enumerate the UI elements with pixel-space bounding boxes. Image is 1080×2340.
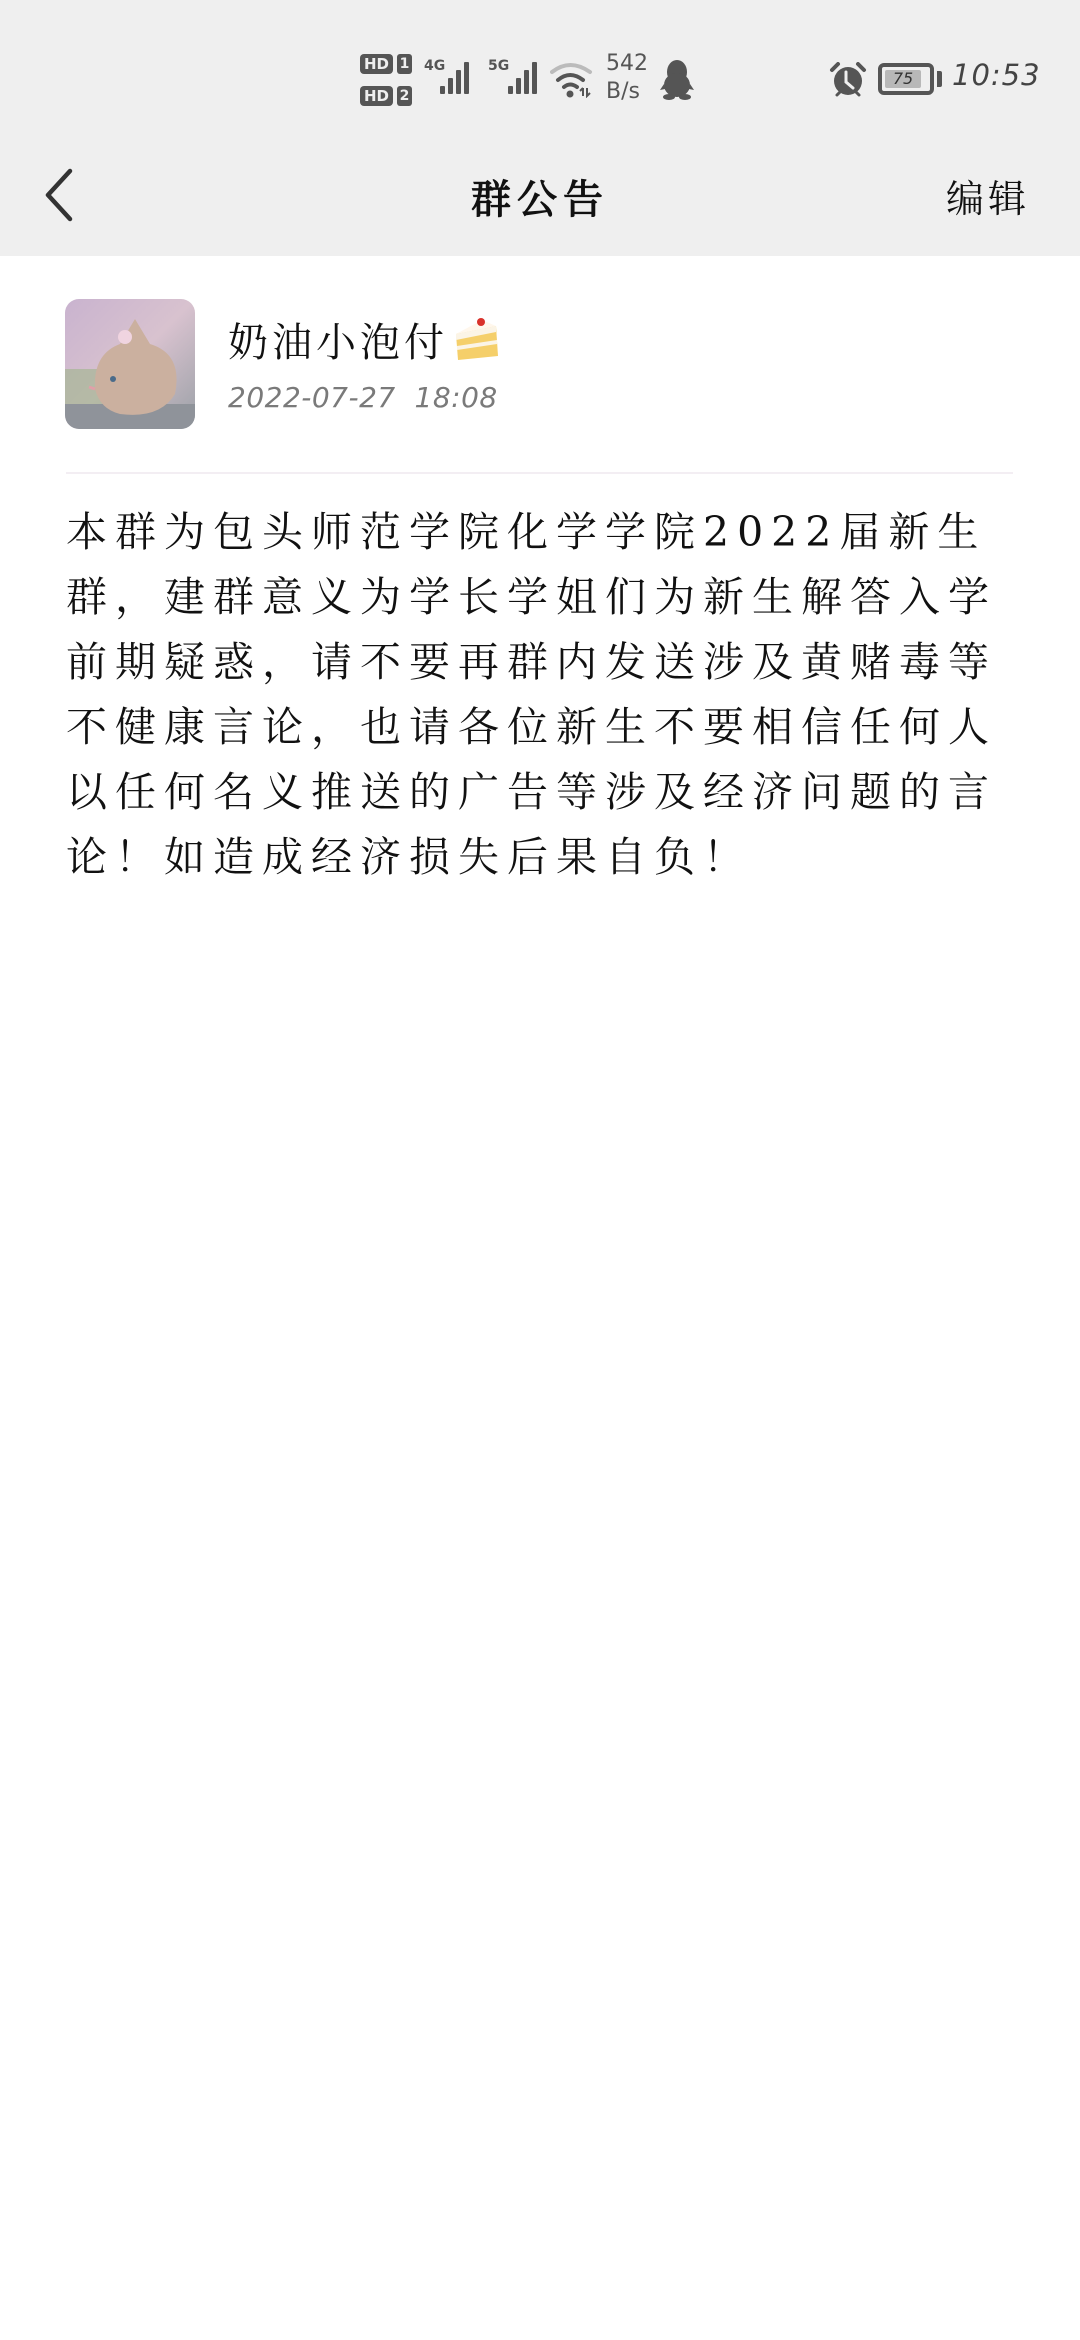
clock: 10:53 bbox=[952, 58, 1041, 92]
avatar[interactable] bbox=[65, 299, 195, 429]
sim1-number: 1 bbox=[397, 54, 412, 74]
author-name: 奶油小泡付 bbox=[228, 311, 502, 368]
sim-indicators: HD 1 HD 2 bbox=[360, 50, 414, 110]
wifi-icon bbox=[550, 60, 594, 98]
nav-bar: 群公告 编辑 bbox=[0, 140, 1080, 256]
page-title: 群公告 bbox=[0, 168, 1080, 225]
divider bbox=[66, 472, 1013, 474]
hd-icon: HD bbox=[360, 54, 393, 74]
hd-icon: HD bbox=[360, 86, 393, 106]
status-bar: HD 1 HD 2 4G 5G 542 B/s bbox=[0, 0, 1080, 140]
battery-icon: 75 bbox=[878, 63, 934, 95]
signal-4g-icon: 4G bbox=[424, 58, 484, 98]
signal-5g-icon: 5G bbox=[488, 58, 548, 98]
battery-level: 75 bbox=[885, 70, 921, 88]
announcement-author: 奶油小泡付 2022-07-27 18:08 bbox=[65, 299, 1015, 429]
qq-penguin-icon bbox=[660, 58, 694, 100]
announcement-date: 2022-07-27 18:08 bbox=[228, 381, 498, 414]
alarm-icon bbox=[829, 62, 867, 98]
edit-button[interactable]: 编辑 bbox=[946, 168, 1030, 223]
network-speed: 542 B/s bbox=[606, 50, 656, 106]
sim2-number: 2 bbox=[397, 86, 412, 106]
avatar-image bbox=[65, 299, 195, 429]
cake-icon bbox=[452, 316, 502, 364]
battery-tip bbox=[937, 71, 942, 87]
announcement-body: 本群为包头师范学院化学学院2022届新生群，建群意义为学长学姐们为新生解答入学前… bbox=[66, 500, 1026, 890]
